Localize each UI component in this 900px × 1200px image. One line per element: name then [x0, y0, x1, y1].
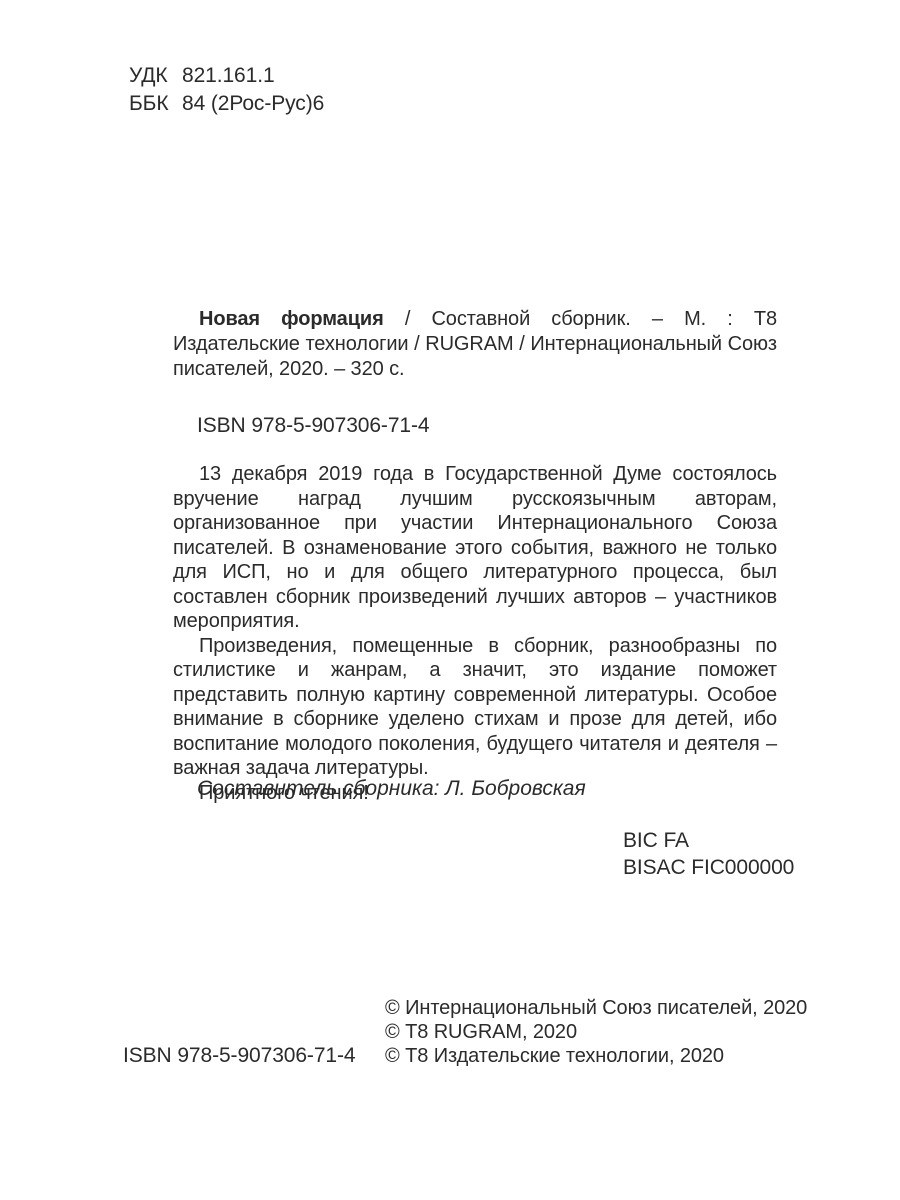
isbn-top: ISBN 978-5-907306-71-4 — [197, 413, 429, 438]
subject-codes-block: BIC FA BISAC FIC000000 — [623, 827, 794, 881]
compiler-credit: Составитель сборника: Л. Бобровская — [197, 776, 586, 801]
isbn-bottom: ISBN 978-5-907306-71-4 — [123, 1044, 355, 1068]
bic-code: BIC FA — [623, 827, 794, 854]
copyright-line-t8: © Т8 Издательские технологии, 2020 — [385, 1044, 807, 1068]
bibliographic-entry: Новая формация / Составной сборник. – М.… — [173, 307, 777, 382]
bbk-label: ББК — [129, 90, 182, 118]
bbk-value: 84 (2Рос-Рус)6 — [182, 92, 324, 115]
copyright-line-isp: © Интернациональный Союз писателей, 2020 — [385, 996, 807, 1020]
copyright-block: © Интернациональный Союз писателей, 2020… — [385, 996, 807, 1068]
bisac-code: BISAC FIC000000 — [623, 854, 794, 881]
annotation-paragraph-2: Произведения, помещенные в сборник, разн… — [173, 634, 777, 781]
udk-row: УДК821.161.1 — [129, 62, 324, 90]
annotation-paragraph-1: 13 декабря 2019 года в Государственной Д… — [173, 462, 777, 634]
book-title: Новая формация — [199, 308, 384, 330]
bbk-row: ББК84 (2Рос-Рус)6 — [129, 90, 324, 118]
annotation-block: 13 декабря 2019 года в Государственной Д… — [173, 462, 777, 805]
udk-value: 821.161.1 — [182, 64, 275, 87]
udk-label: УДК — [129, 62, 182, 90]
book-copyright-page: УДК821.161.1 ББК84 (2Рос-Рус)6 Новая фор… — [0, 0, 900, 1200]
copyright-line-rugram: © Т8 RUGRAM, 2020 — [385, 1020, 807, 1044]
classification-block: УДК821.161.1 ББК84 (2Рос-Рус)6 — [129, 62, 324, 118]
